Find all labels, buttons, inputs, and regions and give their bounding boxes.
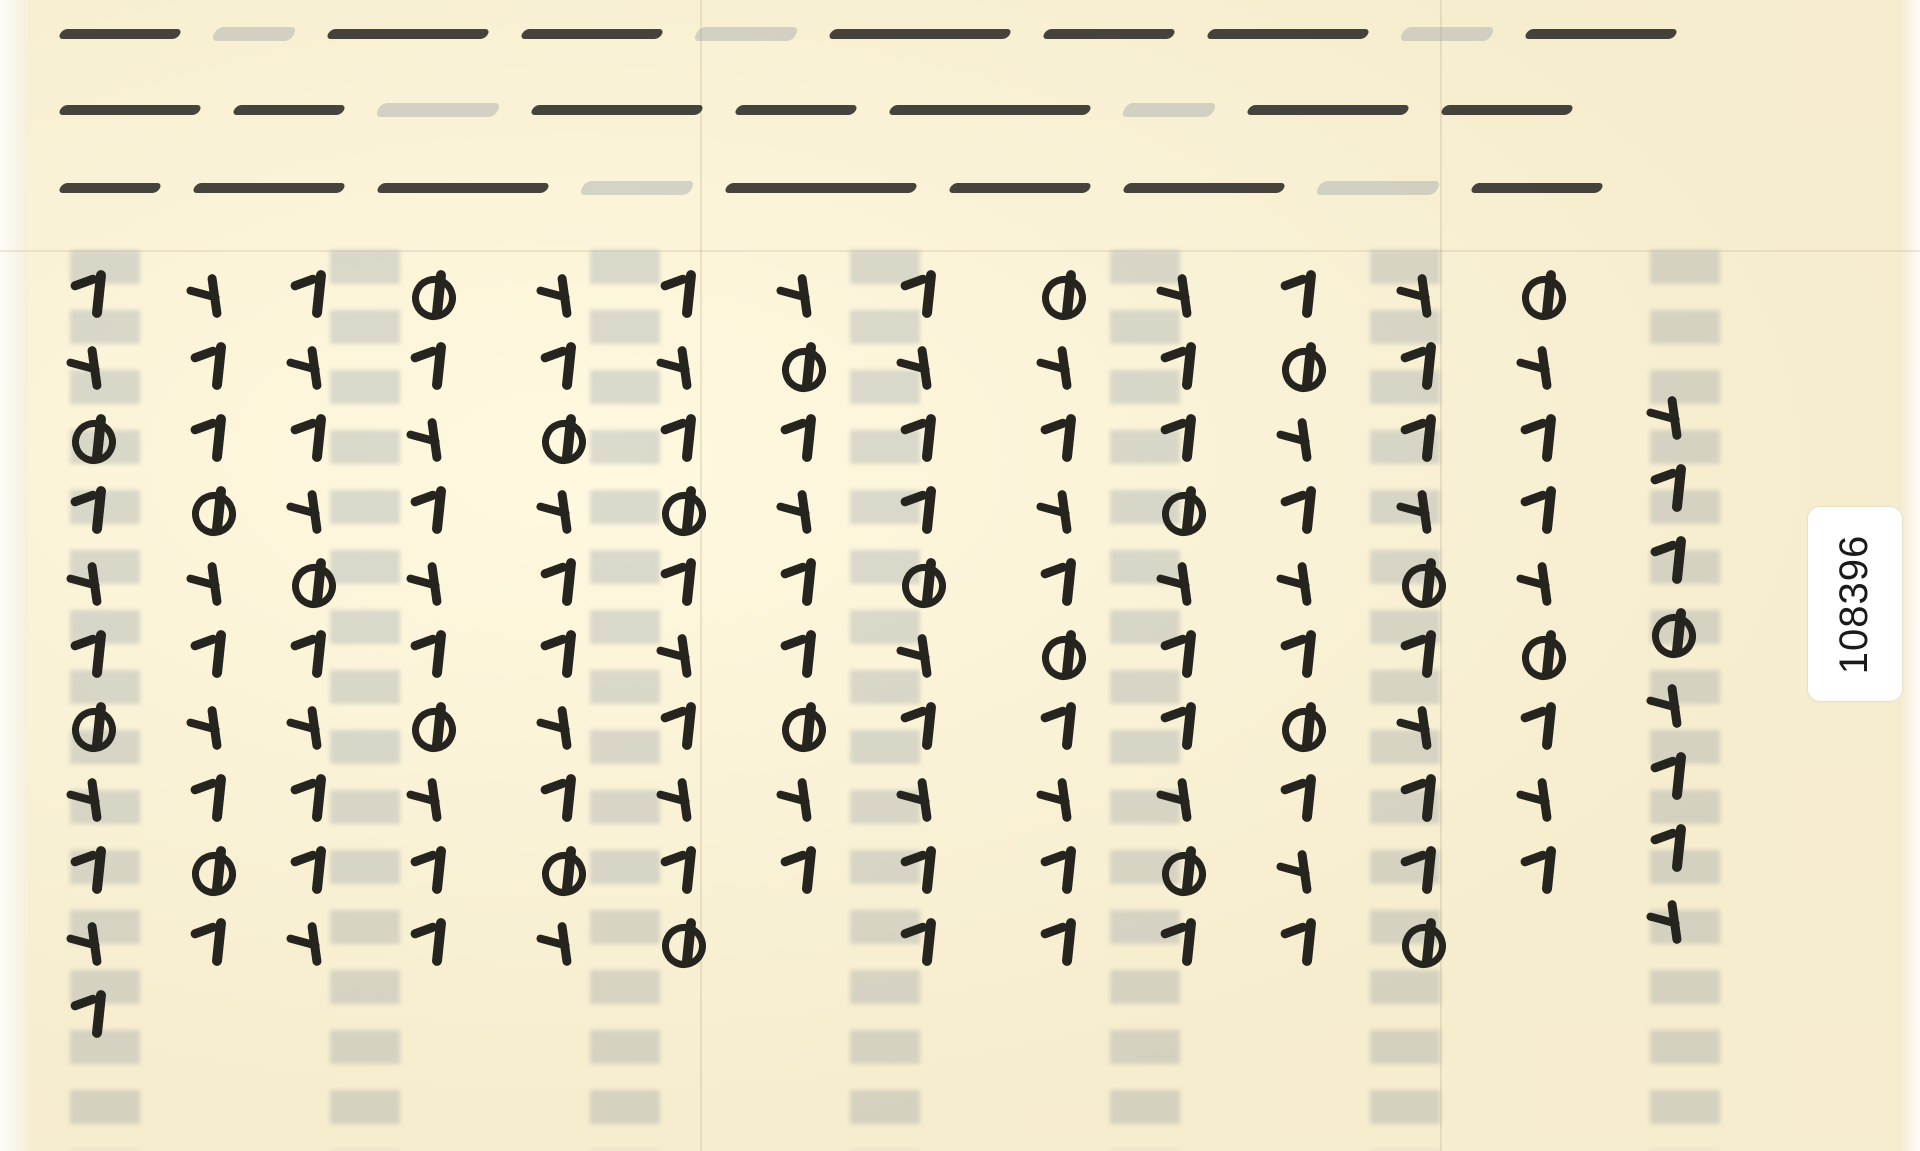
handwritten-column [1500,268,1580,1151]
top-margin-text-block [20,0,1900,250]
handwritten-column [390,268,470,1151]
handwritten-column [760,268,840,1151]
handwritten-column [520,268,600,1151]
handwritten-column [50,268,130,1151]
handwritten-line [60,160,1880,216]
handwritten-column [1140,268,1220,1151]
handwritten-line [60,6,1880,62]
handwritten-column [640,268,720,1151]
catalog-tag: 108396 [1808,507,1902,701]
catalog-number: 108396 [1833,534,1878,673]
handwritten-column [270,268,350,1151]
handwritten-column [1020,268,1100,1151]
handwritten-column [1260,268,1340,1151]
handwritten-column [1380,268,1460,1151]
handwritten-column [880,268,960,1151]
handwritten-column [170,268,250,1151]
manuscript-page: 108396 [0,0,1920,1151]
handwritten-line [60,82,1880,138]
vertical-text-columns [30,250,1860,1151]
handwritten-column [1630,390,1710,1151]
